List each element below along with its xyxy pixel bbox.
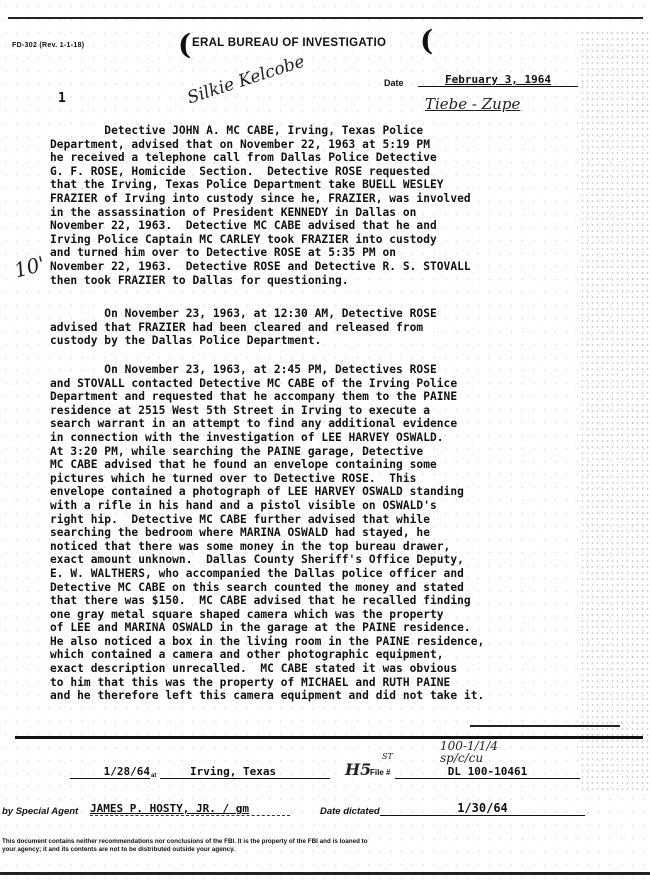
file-label: File # [370,768,390,777]
text-line: with a rifle in his hand and a pistol vi… [50,499,580,513]
margin-note: 10' [11,251,47,282]
text-line: At 3:20 PM, while searching the PAINE ga… [50,445,580,459]
text-line: He also noticed a box in the living room… [50,635,580,649]
date-label: Date [384,78,404,88]
agency-title: ERAL BUREAU OF INVESTIGATIO [192,37,386,49]
text-line: and turned him over to Detective ROSE at… [50,246,580,260]
text-line: searching the bedroom where MARINA OSWAL… [50,526,580,540]
text-line: advised that FRAZIER had been cleared an… [50,321,580,335]
text-line: residence at 2515 West 5th Street in Irv… [50,404,580,418]
text-line: On November 23, 1963, at 12:30 AM, Detec… [50,307,580,321]
text-line: one gray metal square shaped camera whic… [50,608,580,622]
text-line: in connection with the investigation of … [50,431,580,445]
text-line: MC CABE advised that he found an envelop… [50,458,580,472]
date-dictated: 1/30/64 [380,801,585,816]
interview-date: 1/28/64 [70,765,150,779]
text-line: which contained a camera and other photo… [50,648,580,662]
top-rule [8,17,643,19]
text-line: exact amount unknown. Dallas County Sher… [50,553,580,567]
agency-paren-left: ( [178,28,191,61]
scan-speckle [580,30,650,790]
paragraph-1: Detective JOHN A. MC CABE, Irving, Texas… [50,124,580,287]
at-label: at [151,773,156,779]
text-line: in the assassination of President KENNED… [50,206,580,220]
handwritten-file-note: 100-1/1/4 sp/c/cu [440,740,510,764]
bottom-rule [15,736,643,739]
text-line: Detective MC CABE on this search counted… [50,581,580,595]
paragraph-2: On November 23, 1963, at 12:30 AM, Detec… [50,307,580,348]
handwritten-st: ST [382,752,393,761]
text-line: that the Irving, Texas Police Department… [50,178,580,192]
date-dictated-label: Date dictated [320,806,380,817]
text-line: right hip. Detective MC CABE further adv… [50,513,580,527]
agency-paren-right: ( [420,24,433,57]
text-line: Irving Police Captain MC CARLEY took FRA… [50,233,580,247]
agent-label: by Special Agent [2,806,78,817]
text-line: custody by the Dallas Police Department. [50,334,580,348]
text-line: to him that this was the property of MIC… [50,676,580,690]
text-line: On November 23, 1963, at 2:45 PM, Detect… [50,363,580,377]
text-line: and he therefore left this camera equipm… [50,689,580,703]
paragraph-3: On November 23, 1963, at 2:45 PM, Detect… [50,363,580,703]
handwritten-mark: H5 [345,760,371,779]
text-line: and STOVALL contacted Detective MC CABE … [50,377,580,391]
end-rule [470,725,620,727]
file-number: DL 100-10461 [395,765,580,779]
text-line: G. F. ROSE, Homicide Section. Detective … [50,165,580,179]
form-number: FD-302 (Rev. 1-1-18) [12,42,84,49]
text-line: November 22, 1963. Detective MC CABE adv… [50,219,580,233]
bottom-bar [0,872,650,875]
handwritten-top-note: Silkie Kelcobe [185,52,307,109]
text-line: Detective JOHN A. MC CABE, Irving, Texas… [50,124,580,138]
text-line: that there was $150. MC CABE advised tha… [50,594,580,608]
page-number: 1 [58,91,66,106]
text-line: E. W. WALTHERS, who accompanied the Dall… [50,567,580,581]
text-line: he received a telephone call from Dallas… [50,151,580,165]
text-line: exact description unrecalled. MC CABE st… [50,662,580,676]
text-line: then took FRAZIER to Dallas for question… [50,274,580,288]
disclaimer-line-1: This document contains neither recommend… [2,838,627,846]
disclaimer-line-2: your agency; it and its contents are not… [2,846,627,854]
disclaimer: This document contains neither recommend… [2,838,627,853]
text-line: Department, advised that on November 22,… [50,138,580,152]
handwritten-date-note: Tiebe - Zupe [425,95,520,113]
text-line: of LEE and MARINA OSWALD in the garage a… [50,621,580,635]
text-line: FRAZIER of Irving into custody since he,… [50,192,580,206]
text-line: pictures which he turned over to Detecti… [50,472,580,486]
text-line: search warrant in an attempt to find any… [50,417,580,431]
text-line: noticed that there was some money in the… [50,540,580,554]
text-line: November 22, 1963. Detective ROSE and De… [50,260,580,274]
agent-name: JAMES P. HOSTY, JR. / gm [90,802,290,816]
date-value: February 3, 1964 [418,73,578,87]
text-line: Department and requested that he accompa… [50,390,580,404]
text-line: envelope contained a photograph of LEE H… [50,485,580,499]
interview-place: Irving, Texas [160,765,330,779]
